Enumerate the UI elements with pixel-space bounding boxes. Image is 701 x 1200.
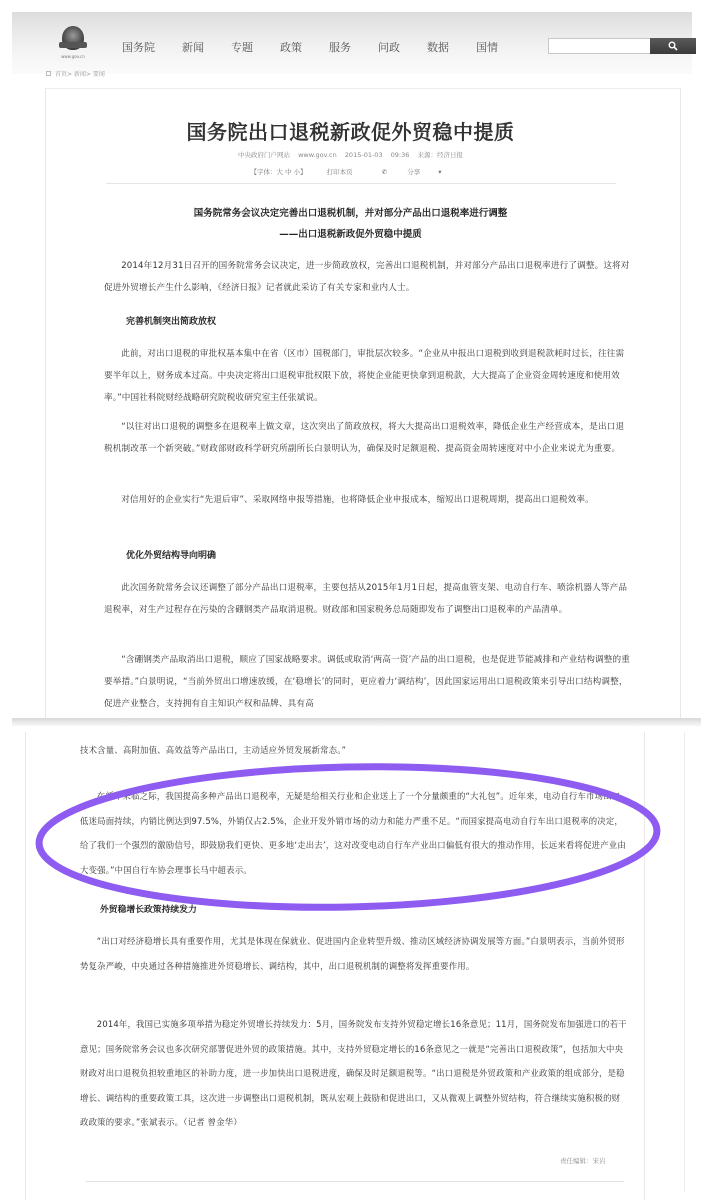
paragraph: “含硼钢类产品取消出口退税，顺应了国家战略要求。调低或取消‘两高一资’产品的出口… xyxy=(104,649,632,715)
paragraph: 2014年12月31日召开的国务院常务会议决定，进一步简政放权，完善出口退税机制… xyxy=(104,255,632,299)
paragraph: “出口对经济稳增长具有重要作用，尤其是体现在保就业、促进国内企业转型升级、推动区… xyxy=(80,929,628,978)
lead-heading: 国务院常务会议决定完善出口退税机制，并对部分产品出口退税率进行调整 xyxy=(0,205,701,219)
search-button[interactable] xyxy=(650,38,696,54)
screenshot-seam xyxy=(12,718,701,726)
paragraph: 2014年，我国已实施多项举措为稳定外贸增长持续发力：5月，国务院发布支持外贸稳… xyxy=(80,1012,628,1135)
paragraph: 技术含量、高附加值、高效益等产品出口，主动适应外贸发展新常态。” xyxy=(80,738,628,763)
paragraph: 对信用好的企业实行“先退后审”、采取网络申报等措施，也将降低企业申报成本，缩短出… xyxy=(104,489,632,511)
section-heading: 优化外贸结构导向明确 xyxy=(126,548,216,561)
chevron-down-icon: ▾ xyxy=(438,168,441,176)
nav-item-inquiry[interactable]: 问政 xyxy=(378,39,400,55)
nav-item-national-info[interactable]: 国情 xyxy=(476,39,498,55)
section-heading: 外贸稳增长政策持续发力 xyxy=(100,902,197,915)
share-icon: ✆ xyxy=(382,168,390,176)
article-title: 国务院出口退税新政促外贸稳中提质 xyxy=(0,116,701,145)
share-button[interactable]: ✆ 分享▾ xyxy=(373,168,451,176)
nav-item-data[interactable]: 数据 xyxy=(427,39,449,55)
nav-item-topics[interactable]: 专题 xyxy=(231,39,253,55)
print-link[interactable]: 打印本页 xyxy=(327,168,353,176)
paragraph-highlighted: 在新年来临之际，我国提高多种产品出口退税率，无疑是给相关行业和企业送上了一个分量… xyxy=(80,784,628,882)
site-logo[interactable]: www.gov.cn xyxy=(54,26,92,66)
paragraph: 此前，对出口退税的审批权基本集中在省（区市）国税部门，审批层次较多。“企业从申报… xyxy=(104,343,632,409)
page-bottom-section: 技术含量、高附加值、高效益等产品出口，主动适应外贸发展新常态。” 在新年来临之际… xyxy=(0,726,701,1200)
lead-subheading: ——出口退税新政促外贸稳中提质 xyxy=(0,226,701,240)
section-heading: 完善机制突出简政放权 xyxy=(126,314,216,327)
font-size-control[interactable]: 【字体：大 中 小】 xyxy=(250,168,306,176)
divider xyxy=(684,732,685,1192)
nav-item-state-council[interactable]: 国务院 xyxy=(122,39,155,55)
search-icon xyxy=(668,41,678,51)
divider xyxy=(106,183,616,184)
site-header: www.gov.cn 国务院 新闻 专题 政策 服务 问政 数据 国情 xyxy=(12,12,692,74)
article-meta: 中央政府门户网站 www.gov.cn 2015-01-03 09:36 来源：… xyxy=(0,150,701,159)
search-input[interactable] xyxy=(548,38,652,54)
paragraph: 此次国务院常务会议还调整了部分产品出口退税率，主要包括从2015年1月1日起，提… xyxy=(104,577,632,621)
breadcrumb: 首页> 新闻> 要闻 xyxy=(46,69,105,78)
nav-item-news[interactable]: 新闻 xyxy=(182,39,204,55)
divider xyxy=(86,1181,624,1182)
nav-item-services[interactable]: 服务 xyxy=(329,39,351,55)
national-emblem-icon xyxy=(62,26,84,50)
article-tools: 【字体：大 中 小】 打印本页 ✆ 分享▾ xyxy=(0,167,701,176)
main-nav: 国务院 新闻 专题 政策 服务 问政 数据 国情 xyxy=(122,39,525,55)
breadcrumb-path[interactable]: 首页> 新闻> 要闻 xyxy=(55,69,105,78)
paragraph: “以往对出口退税的调整多在退税率上做文章，这次突出了简政放权，将大大提高出口退税… xyxy=(104,416,632,460)
nav-item-policy[interactable]: 政策 xyxy=(280,39,302,55)
responsible-editor: 责任编辑：宋岩 xyxy=(560,1156,606,1165)
logo-url: www.gov.cn xyxy=(54,54,92,59)
home-icon xyxy=(46,71,51,76)
page-top-section: www.gov.cn 国务院 新闻 专题 政策 服务 问政 数据 国情 首页> … xyxy=(0,0,701,718)
